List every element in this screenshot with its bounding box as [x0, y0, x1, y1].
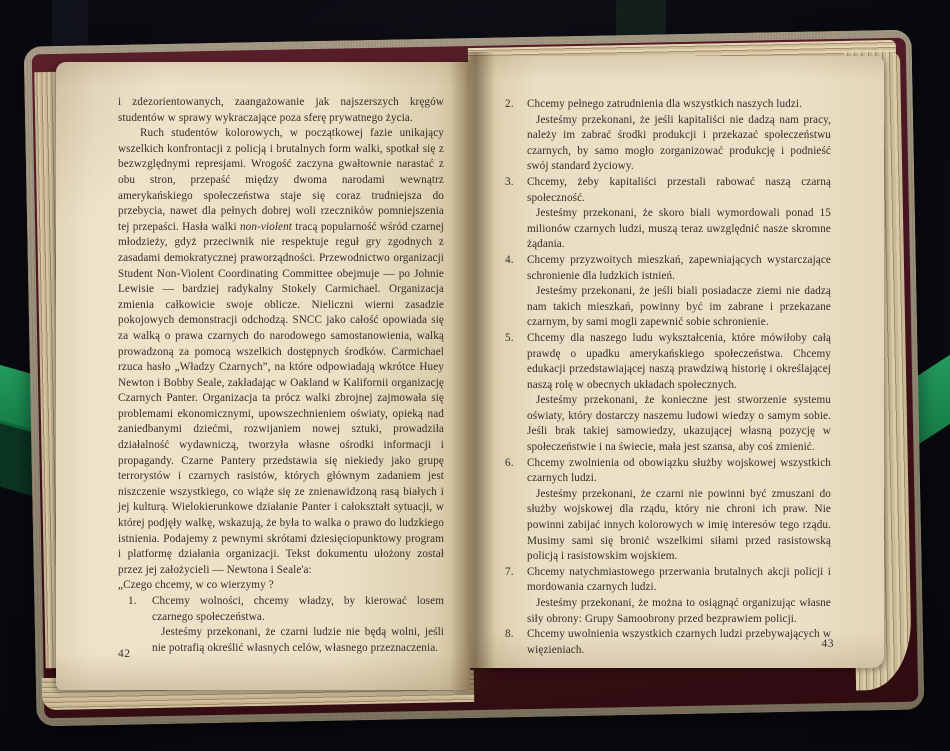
item-claim: Chcemy, żeby kapitaliści przestali rabow…	[527, 175, 831, 206]
list-item: 5. Chcemy dla naszego ludu wykształcenia…	[505, 331, 831, 456]
paragraph: i zdezorientowanych, zaangażowanie jak n…	[118, 95, 444, 126]
page-number: 43	[822, 638, 835, 650]
item-body: Chcemy przyzwoitych mieszkań, zapewniają…	[527, 253, 831, 331]
item-claim: Chcemy dla naszego ludu wykształcenia, k…	[527, 331, 831, 393]
item-belief: Jesteśmy przekonani, że można to osiągną…	[527, 596, 831, 627]
italic-term: non-violent	[240, 221, 292, 233]
paragraph-text: tracą popularność wśród czarnej młodzież…	[118, 221, 444, 576]
item-body: Chcemy natychmiastowego przerwania bruta…	[527, 565, 831, 627]
item-claim: Chcemy zwolnienia od obowiązku służby wo…	[527, 456, 831, 487]
quote-line: „Czego chcemy, w co wierzymy ?	[118, 578, 444, 594]
item-body: Chcemy wolności, chcemy władzy, by kiero…	[152, 594, 444, 656]
paragraph-text: Ruch studentów kolorowych, w początkowej…	[118, 127, 444, 233]
item-claim: Chcemy przyzwoitych mieszkań, zapewniają…	[527, 253, 831, 284]
list-item: 3. Chcemy, żeby kapitaliści przestali ra…	[505, 175, 831, 253]
right-page: 2. Chcemy pełnego zatrudnienia dla wszys…	[470, 56, 884, 668]
list-item: 7. Chcemy natychmiastowego przerwania br…	[505, 565, 831, 627]
item-body: Chcemy dla naszego ludu wykształcenia, k…	[527, 331, 831, 456]
item-body: Chcemy zwolnienia od obowiązku służby wo…	[527, 456, 831, 565]
list-item: 6. Chcemy zwolnienia od obowiązku służby…	[505, 456, 831, 565]
item-number: 2.	[505, 97, 527, 175]
item-number: 1.	[128, 594, 152, 656]
list-item: 8. Chcemy uwolnienia wszystkich czarnych…	[505, 627, 831, 658]
item-belief: Jesteśmy przekonani, że skoro biali wymo…	[527, 206, 831, 253]
item-belief: Jesteśmy przekonani, że jeśli kapitaliśc…	[527, 113, 831, 175]
item-claim: Chcemy pełnego zatrudnienia dla wszystki…	[527, 97, 831, 113]
list-item: 1. Chcemy wolności, chcemy władzy, by ki…	[128, 594, 444, 656]
item-number: 8.	[505, 627, 527, 658]
item-belief: Jesteśmy przekonani, że jeśli biali posi…	[527, 284, 831, 331]
item-claim: Chcemy wolności, chcemy władzy, by kiero…	[152, 594, 444, 625]
item-claim: Chcemy uwolnienia wszystkich czarnych lu…	[527, 627, 831, 658]
item-belief: Jesteśmy przekonani, że konieczne jest s…	[527, 393, 831, 455]
item-body: Chcemy, żeby kapitaliści przestali rabow…	[527, 175, 831, 253]
left-page-text: i zdezorientowanych, zaangażowanie jak n…	[118, 95, 444, 656]
item-body: Chcemy pełnego zatrudnienia dla wszystki…	[527, 97, 831, 175]
right-page-text: 2. Chcemy pełnego zatrudnienia dla wszys…	[505, 97, 831, 658]
item-number: 5.	[505, 331, 527, 456]
left-page: i zdezorientowanych, zaangażowanie jak n…	[56, 62, 470, 690]
list-item: 2. Chcemy pełnego zatrudnienia dla wszys…	[505, 97, 831, 175]
item-claim: Chcemy natychmiastowego przerwania bruta…	[527, 565, 831, 596]
list-item: 4. Chcemy przyzwoitych mieszkań, zapewni…	[505, 253, 831, 331]
item-number: 6.	[505, 456, 527, 565]
paragraph: Ruch studentów kolorowych, w początkowej…	[118, 126, 444, 578]
item-belief: Jesteśmy przekonani, że czarni ludzie ni…	[152, 625, 444, 656]
item-belief: Jesteśmy przekonani, że czarni nie powin…	[527, 487, 831, 565]
page-number: 42	[118, 648, 131, 660]
item-number: 7.	[505, 565, 527, 627]
item-number: 3.	[505, 175, 527, 253]
book-photo: { "palette": { "background": "#0c0d13", …	[0, 0, 950, 751]
item-number: 4.	[505, 253, 527, 331]
item-body: Chcemy uwolnienia wszystkich czarnych lu…	[527, 627, 831, 658]
